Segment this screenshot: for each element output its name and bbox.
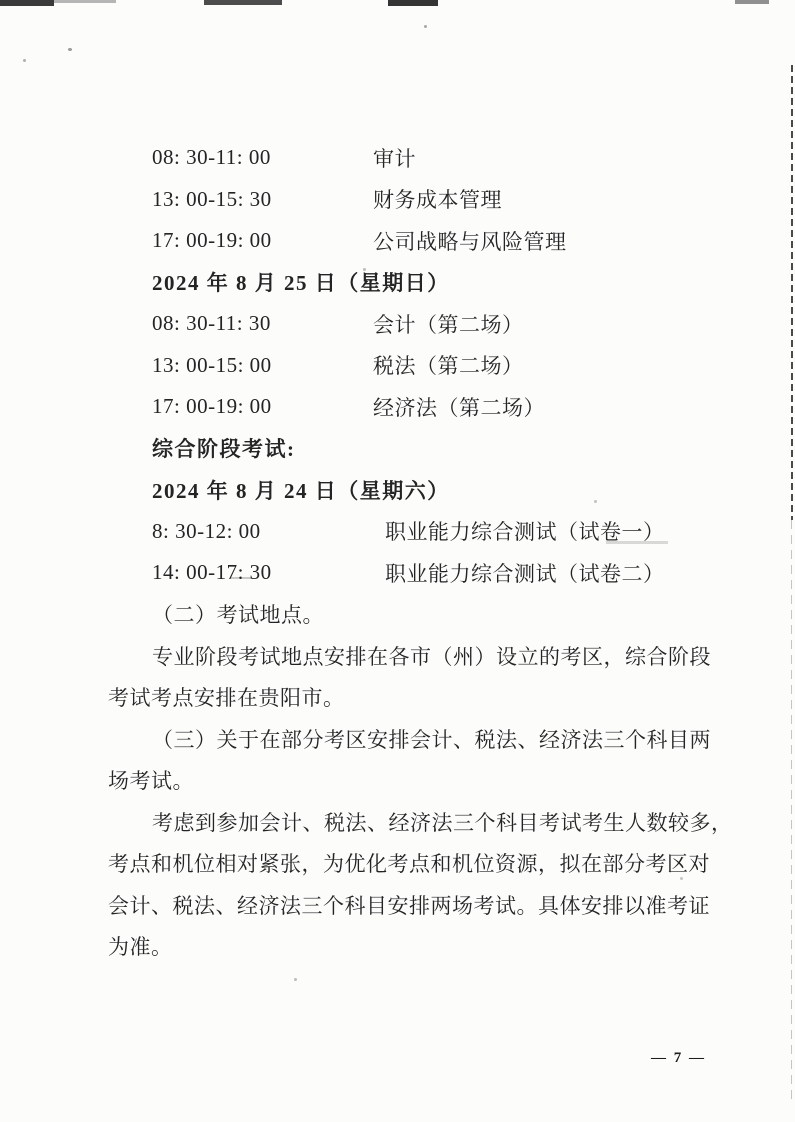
exam-time: 13: 00-15: 00 [152, 353, 373, 378]
paragraph-line: 专业阶段考试地点安排在各市（州）设立的考区，综合阶段 [108, 635, 724, 677]
scan-mark [204, 0, 282, 5]
exam-time: 08: 30-11: 30 [152, 311, 373, 336]
paragraph-line: 为准。 [108, 926, 724, 968]
scan-mark [54, 0, 116, 3]
paragraph-line: 会计、税法、经济法三个科目安排两场考试。具体安排以准考证 [108, 884, 724, 926]
scan-speck [23, 59, 26, 62]
scan-edge-line [791, 65, 793, 520]
schedule-row: 14: 00-17: 30 职业能力综合测试（试卷二） [108, 552, 724, 594]
exam-subject: 公司战略与风险管理 [373, 226, 567, 256]
scan-mark [0, 0, 54, 6]
exam-date-heading: 2024 年 8 月 24 日（星期六） [108, 469, 724, 511]
section-heading: （二）考试地点。 [108, 594, 724, 636]
scan-mark [735, 0, 769, 4]
schedule-row: 13: 00-15: 30 财务成本管理 [108, 179, 724, 221]
comprehensive-stage-heading: 综合阶段考试: [108, 428, 724, 470]
exam-time: 17: 00-19: 00 [152, 394, 373, 419]
section-heading: （三）关于在部分考区安排会计、税法、经济法三个科目两 [108, 718, 724, 760]
exam-subject: 会计（第二场） [373, 309, 524, 339]
scan-speck [294, 978, 297, 981]
exam-time: 17: 00-19: 00 [152, 228, 373, 253]
scan-edge-line [791, 520, 792, 1100]
scan-mark [388, 0, 438, 6]
exam-time: 08: 30-11: 00 [152, 145, 373, 170]
exam-subject: 税法（第二场） [373, 350, 524, 380]
exam-time: 14: 00-17: 30 [152, 560, 385, 585]
schedule-row: 08: 30-11: 30 会计（第二场） [108, 303, 724, 345]
scan-speck [424, 25, 427, 28]
paragraph-line: 考试考点安排在贵阳市。 [108, 677, 724, 719]
exam-subject: 职业能力综合测试（试卷一） [385, 516, 665, 546]
scan-speck [68, 48, 72, 51]
schedule-row: 08: 30-11: 00 审计 [108, 137, 724, 179]
exam-subject: 经济法（第二场） [373, 392, 545, 422]
schedule-row: 8: 30-12: 00 职业能力综合测试（试卷一） [108, 511, 724, 553]
paragraph-line: 考点和机位相对紧张，为优化考点和机位资源，拟在部分考区对 [108, 843, 724, 885]
page-number: — 7 — [651, 1050, 706, 1067]
schedule-row: 17: 00-19: 00 公司战略与风险管理 [108, 220, 724, 262]
document-page: 08: 30-11: 00 审计 13: 00-15: 30 财务成本管理 17… [0, 0, 795, 1122]
exam-time: 8: 30-12: 00 [152, 519, 385, 544]
exam-subject: 财务成本管理 [373, 184, 502, 214]
schedule-row: 17: 00-19: 00 经济法（第二场） [108, 386, 724, 428]
exam-subject: 职业能力综合测试（试卷二） [385, 558, 665, 588]
paragraph-line: 考虑到参加会计、税法、经济法三个科目考试考生人数较多， [108, 801, 724, 843]
exam-time: 13: 00-15: 30 [152, 187, 373, 212]
document-body: 08: 30-11: 00 审计 13: 00-15: 30 财务成本管理 17… [108, 137, 724, 967]
schedule-row: 13: 00-15: 00 税法（第二场） [108, 345, 724, 387]
exam-date-heading: 2024 年 8 月 25 日（星期日） [108, 262, 724, 304]
exam-subject: 审计 [373, 143, 416, 173]
paragraph-line: 场考试。 [108, 760, 724, 802]
